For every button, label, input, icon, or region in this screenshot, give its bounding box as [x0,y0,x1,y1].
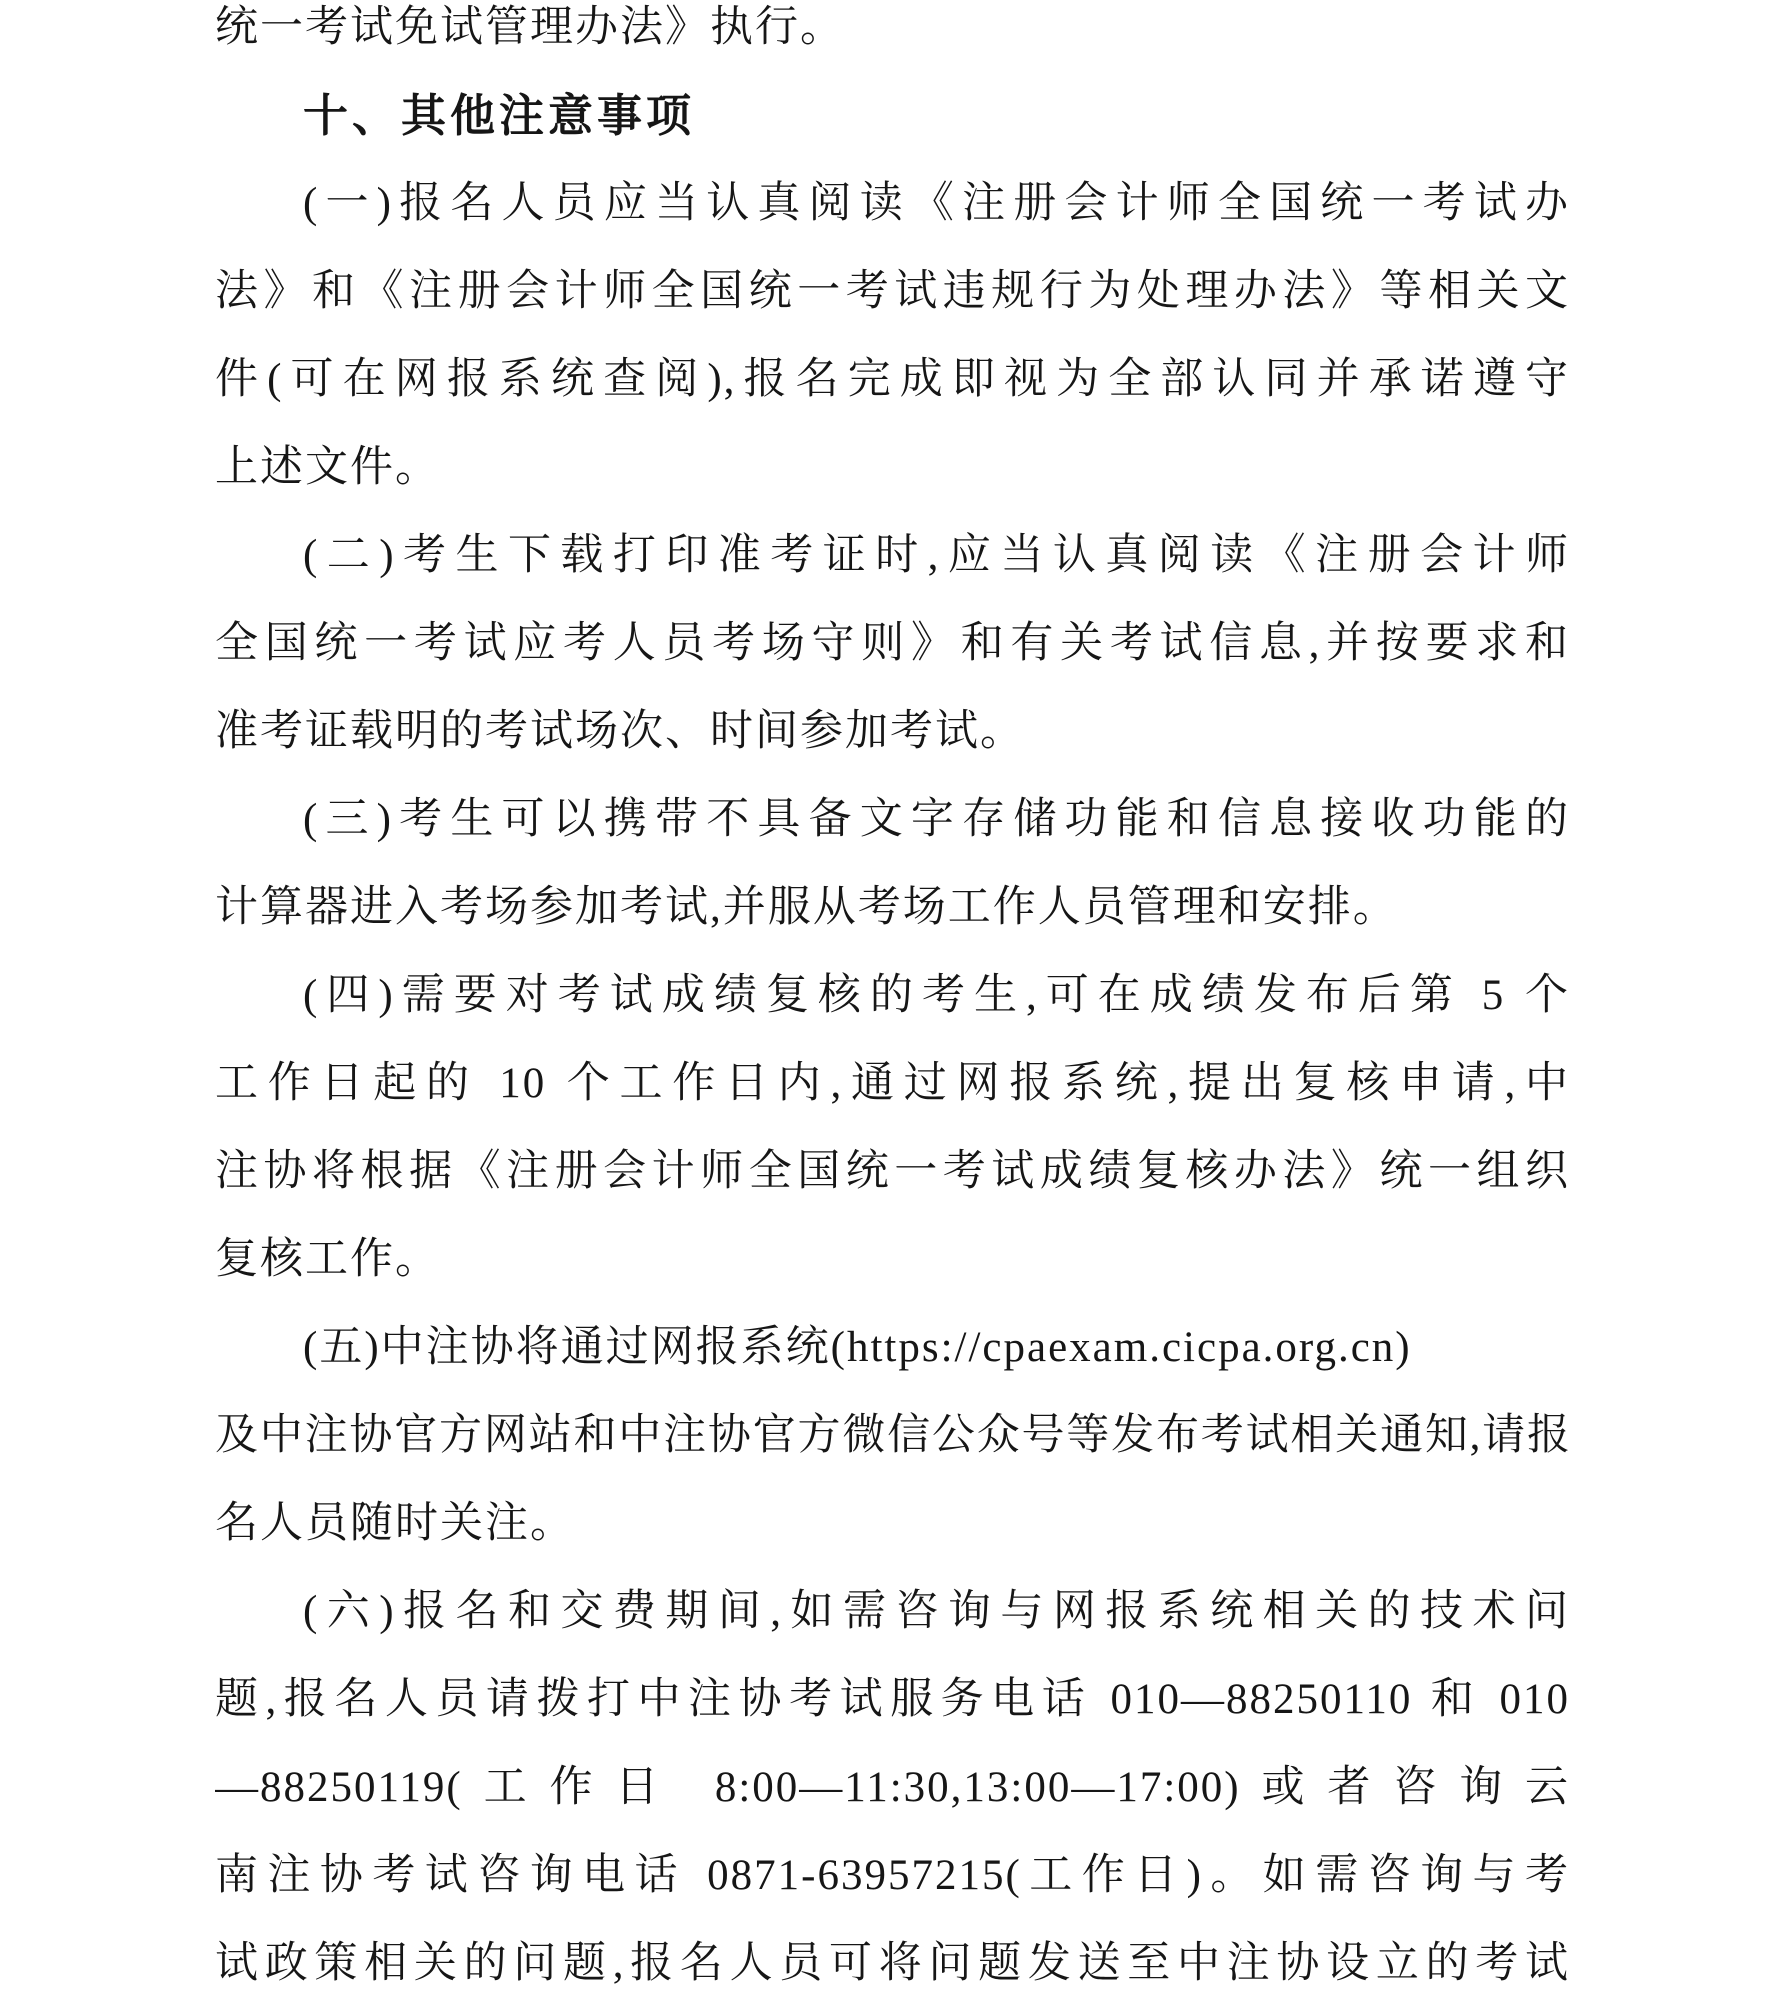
text-line: —88250119(工作日 8:00—11:30,13:00—17:00)或者咨… [215,1744,1570,1832]
text-line: 名人员随时关注。 [215,1480,1570,1568]
text-line: (三)考生可以携带不具备文字存储功能和信息接收功能的 [215,776,1570,864]
text-line: 统一考试免试管理办法》执行。 [215,0,1570,72]
text-line: (一)报名人员应当认真阅读《注册会计师全国统一考试办 [215,160,1570,248]
text-line: (二)考生下载打印准考证时,应当认真阅读《注册会计师 [215,512,1570,600]
text-line: 复核工作。 [215,1216,1570,1304]
document-page: 统一考试免试管理办法》执行。十、其他注意事项(一)报名人员应当认真阅读《注册会计… [0,0,1783,2000]
text-line: (四)需要对考试成绩复核的考生,可在成绩发布后第 5 个 [215,952,1570,1040]
text-line: 准考证载明的考试场次、时间参加考试。 [215,688,1570,776]
text-line: 计算器进入考场参加考试,并服从考场工作人员管理和安排。 [215,864,1570,952]
document-body: 统一考试免试管理办法》执行。十、其他注意事项(一)报名人员应当认真阅读《注册会计… [0,0,1783,2000]
text-line: 注协将根据《注册会计师全国统一考试成绩复核办法》统一组织 [215,1128,1570,1216]
text-line: 题,报名人员请拨打中注协考试服务电话 010—88250110 和 010 [215,1656,1570,1744]
text-line: 全国统一考试应考人员考场守则》和有关考试信息,并按要求和 [215,600,1570,688]
text-line: 法》和《注册会计师全国统一考试违规行为处理办法》等相关文 [215,248,1570,336]
text-line: 件(可在网报系统查阅),报名完成即视为全部认同并承诺遵守 [215,336,1570,424]
text-line: 南注协考试咨询电话 0871-63957215(工作日)。如需咨询与考 [215,1832,1570,1920]
text-line: 及中注协官方网站和中注协官方微信公众号等发布考试相关通知,请报 [215,1392,1570,1480]
text-line: 试政策相关的问题,报名人员可将问题发送至中注协设立的考试 [215,1920,1570,2000]
text-line: 上述文件。 [215,424,1570,512]
text-line: (五)中注协将通过网报系统(https://cpaexam.cicpa.org.… [215,1304,1570,1392]
text-line: 工作日起的 10 个工作日内,通过网报系统,提出复核申请,中 [215,1040,1570,1128]
text-line: (六)报名和交费期间,如需咨询与网报系统相关的技术问 [215,1568,1570,1656]
section-heading: 十、其他注意事项 [215,72,1570,160]
